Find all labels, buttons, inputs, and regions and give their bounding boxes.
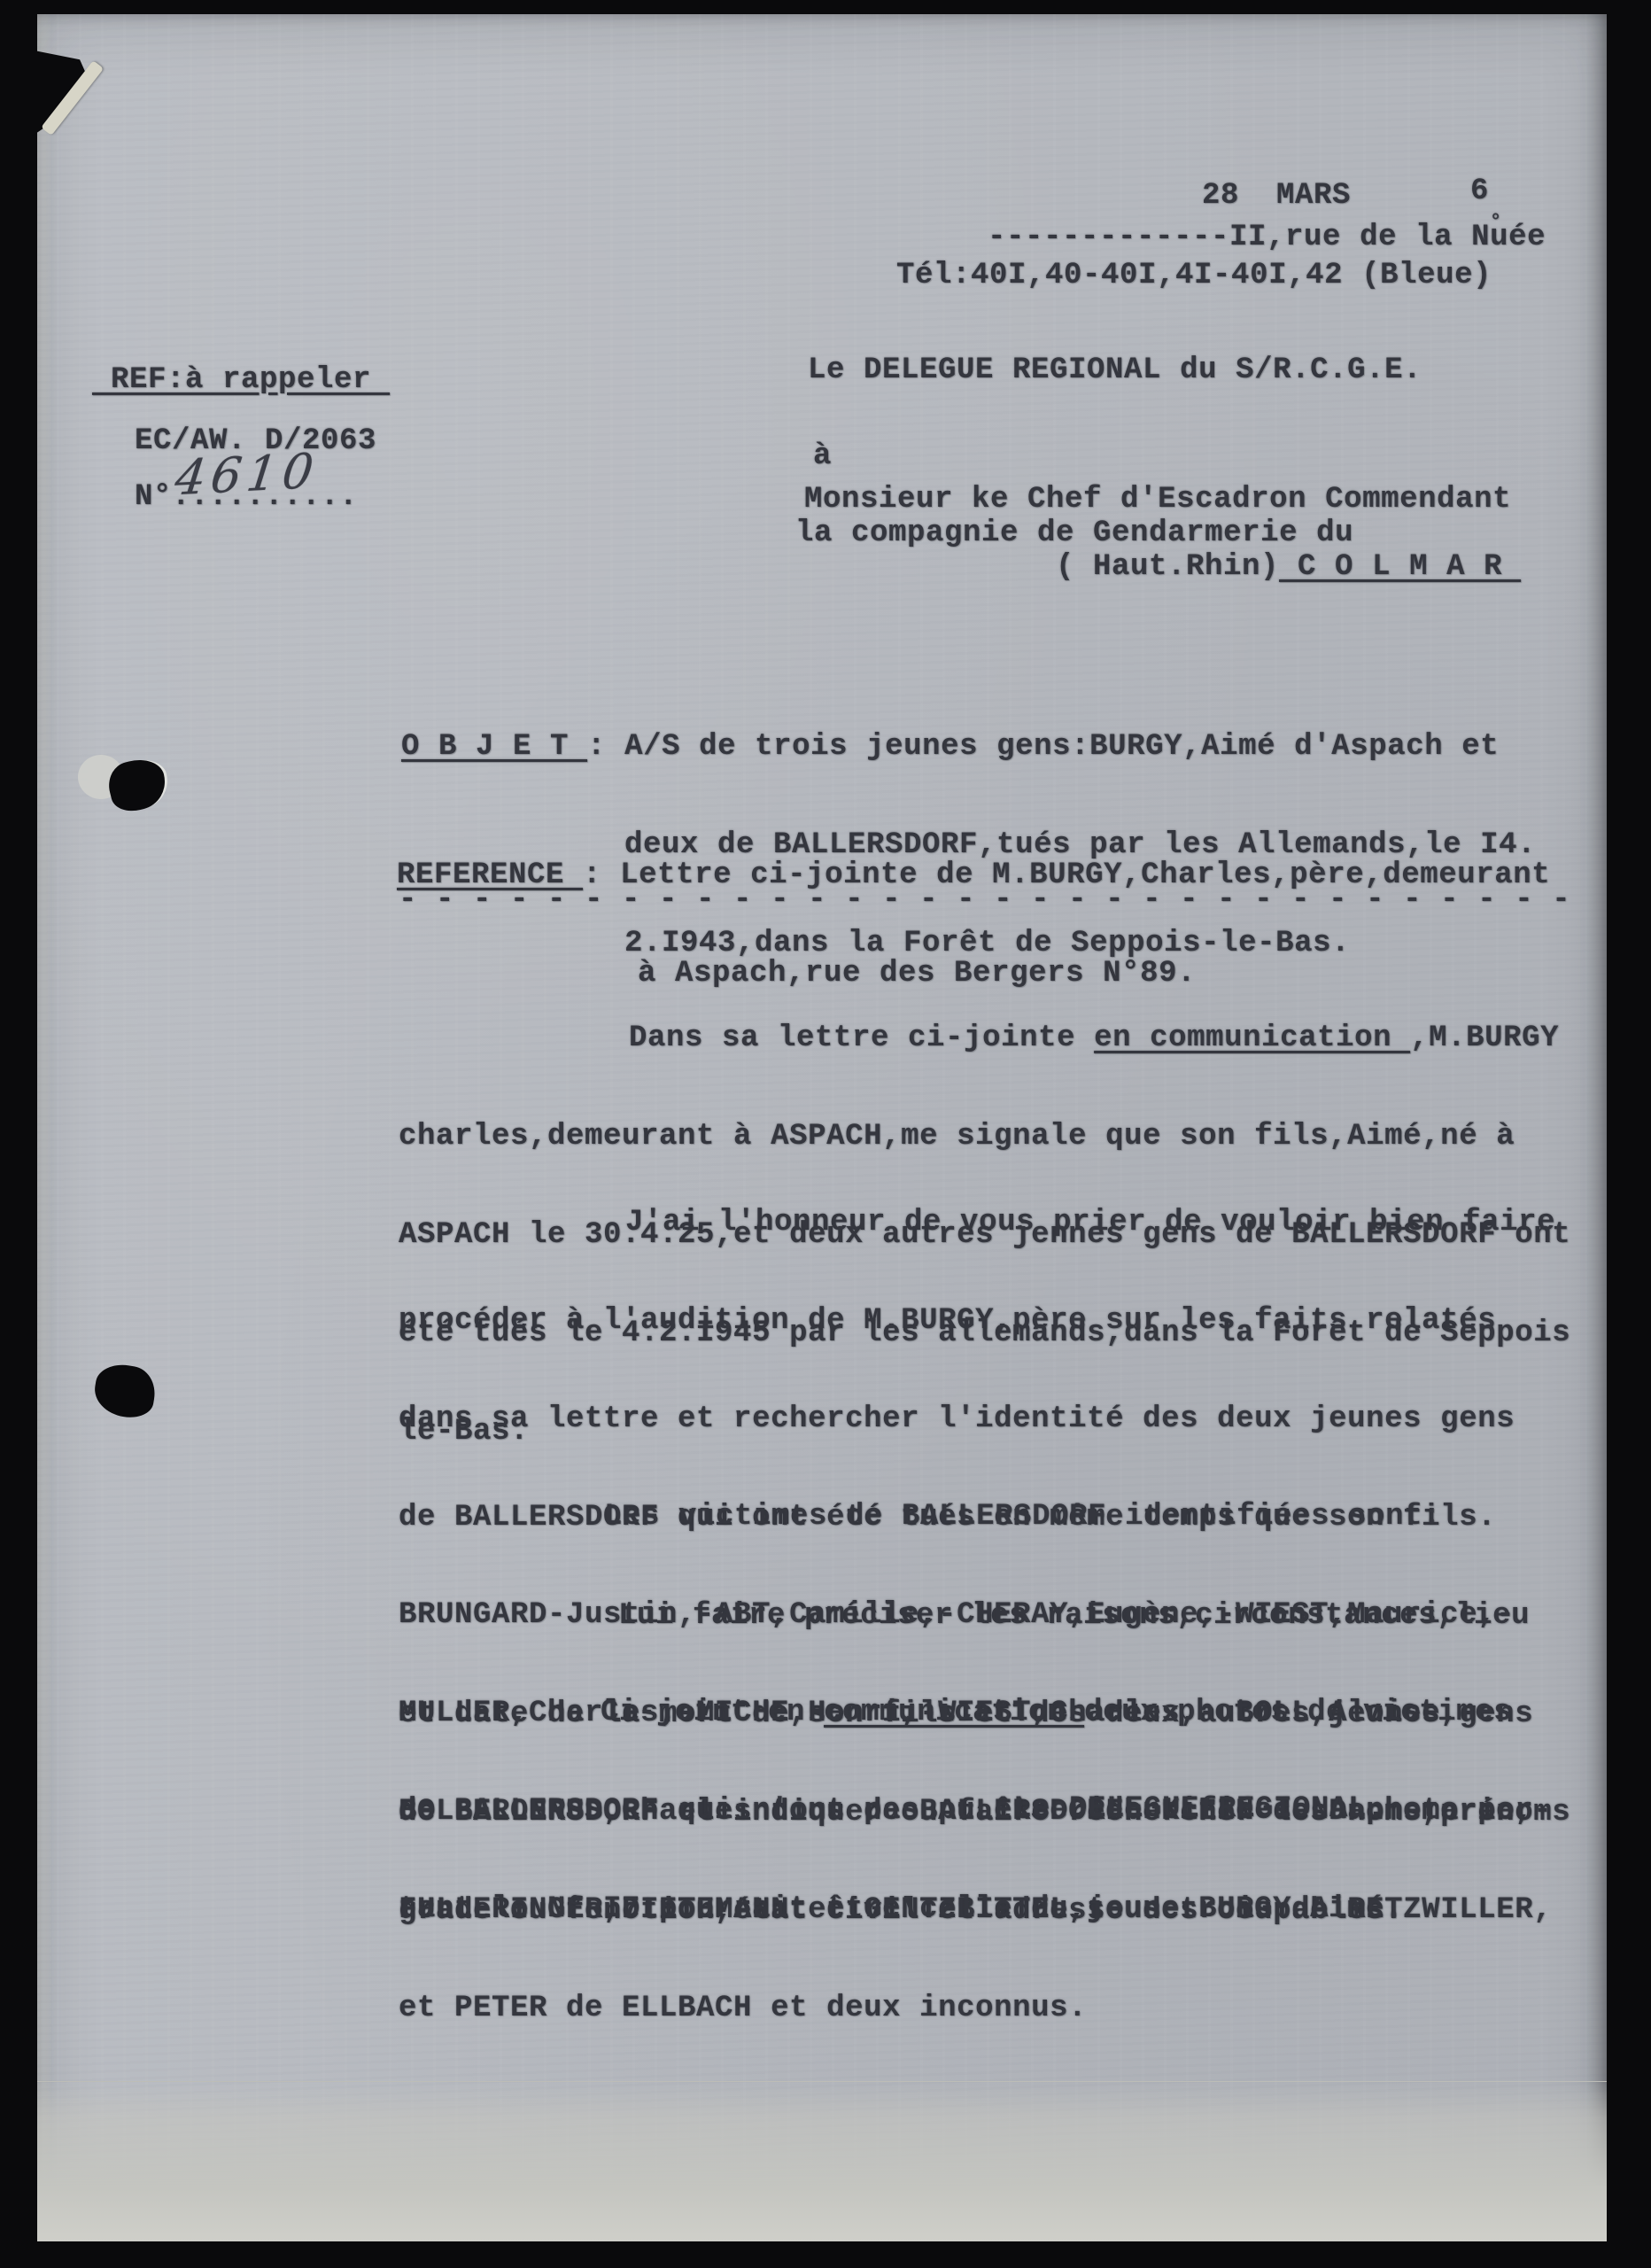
- stamp-number: 6: [1470, 175, 1489, 208]
- to-word: à: [813, 440, 832, 473]
- body-line: Ci-joint en communication deux photos de…: [399, 1697, 1552, 1729]
- underlined-phrase: communication: [824, 1696, 1084, 1729]
- body-line: dans sa lettre et rechercher l'identité …: [399, 1403, 1570, 1436]
- scanned-document-screenshot: { "document": { "stamp": { "date": "28 M…: [0, 0, 1651, 2268]
- body-line: procéder à l'audition de M.BURGY,père su…: [399, 1305, 1570, 1338]
- body-text: Dans sa lettre ci-jointe: [629, 1021, 1094, 1055]
- body-line: Les victimes de BALLERSDORF identifiées …: [399, 1501, 1552, 1534]
- header-phone-line: Tél:40I,40-40I,4I-40I,42 (Bleue): [896, 260, 1492, 292]
- body-text: deux photos de victimes: [1084, 1696, 1512, 1729]
- handwritten-number: 4610: [172, 443, 322, 507]
- objet-line: O B J E T : A/S de trois jeunes gens:BUR…: [401, 731, 1536, 764]
- victims-line: et PETER de ELLBACH et deux inconnus.: [399, 1992, 1552, 2025]
- sender-line: Le DELEGUE REGIONAL du S/R.C.G.E.: [808, 354, 1422, 387]
- date-stamp: 28 MARS: [1202, 180, 1351, 213]
- header-address-line: -------------II,rue de la Nuée: [988, 221, 1546, 254]
- objet-text: A/S de trois jeunes gens:BURGY,Aimé d'As…: [624, 730, 1499, 764]
- number-prefix: N°: [135, 480, 172, 514]
- objet-label: O B J E T: [401, 730, 587, 764]
- ref-rappeler-text: REF:à rappeler: [92, 363, 390, 397]
- body-text: Ci-joint en: [601, 1696, 824, 1729]
- underlined-phrase: en communication: [1094, 1021, 1410, 1055]
- body-text: ,M.BURGY: [1410, 1021, 1559, 1055]
- body-line: tant le N° I7 pourrait être celle du jeu…: [399, 1893, 1552, 1926]
- recipient-department: ( Haut.Rhin): [1056, 550, 1279, 584]
- dashed-rule: - - - - - - - - - - - - - - - - - - - - …: [399, 884, 1570, 917]
- paper-bottom-fold: [37, 2081, 1607, 2241]
- recipient-line-1: Monsieur ke Chef d'Escadron Commendant: [804, 484, 1511, 517]
- body-line: Dans sa lettre ci-jointe en communicatio…: [399, 1022, 1570, 1055]
- objet-separator: :: [587, 730, 624, 764]
- victims-line: BRUNGARD-Justin,-ABT,Camille,-CHERAY,Eug…: [399, 1599, 1552, 1632]
- recipient-line-3: ( Haut.Rhin) C O L M A R: [1056, 551, 1521, 584]
- recipient-city: C O L M A R: [1279, 550, 1521, 584]
- recipient-line-2: la compagnie de Gendarmerie du: [795, 517, 1353, 550]
- ref-rappeler-line: REF:à rappeler: [92, 364, 390, 397]
- signature-line: Le DELEGUE REGIONAL.: [1013, 1793, 1385, 1826]
- body-line: J'ai l'honneur de vous prier de vouloir …: [399, 1207, 1570, 1239]
